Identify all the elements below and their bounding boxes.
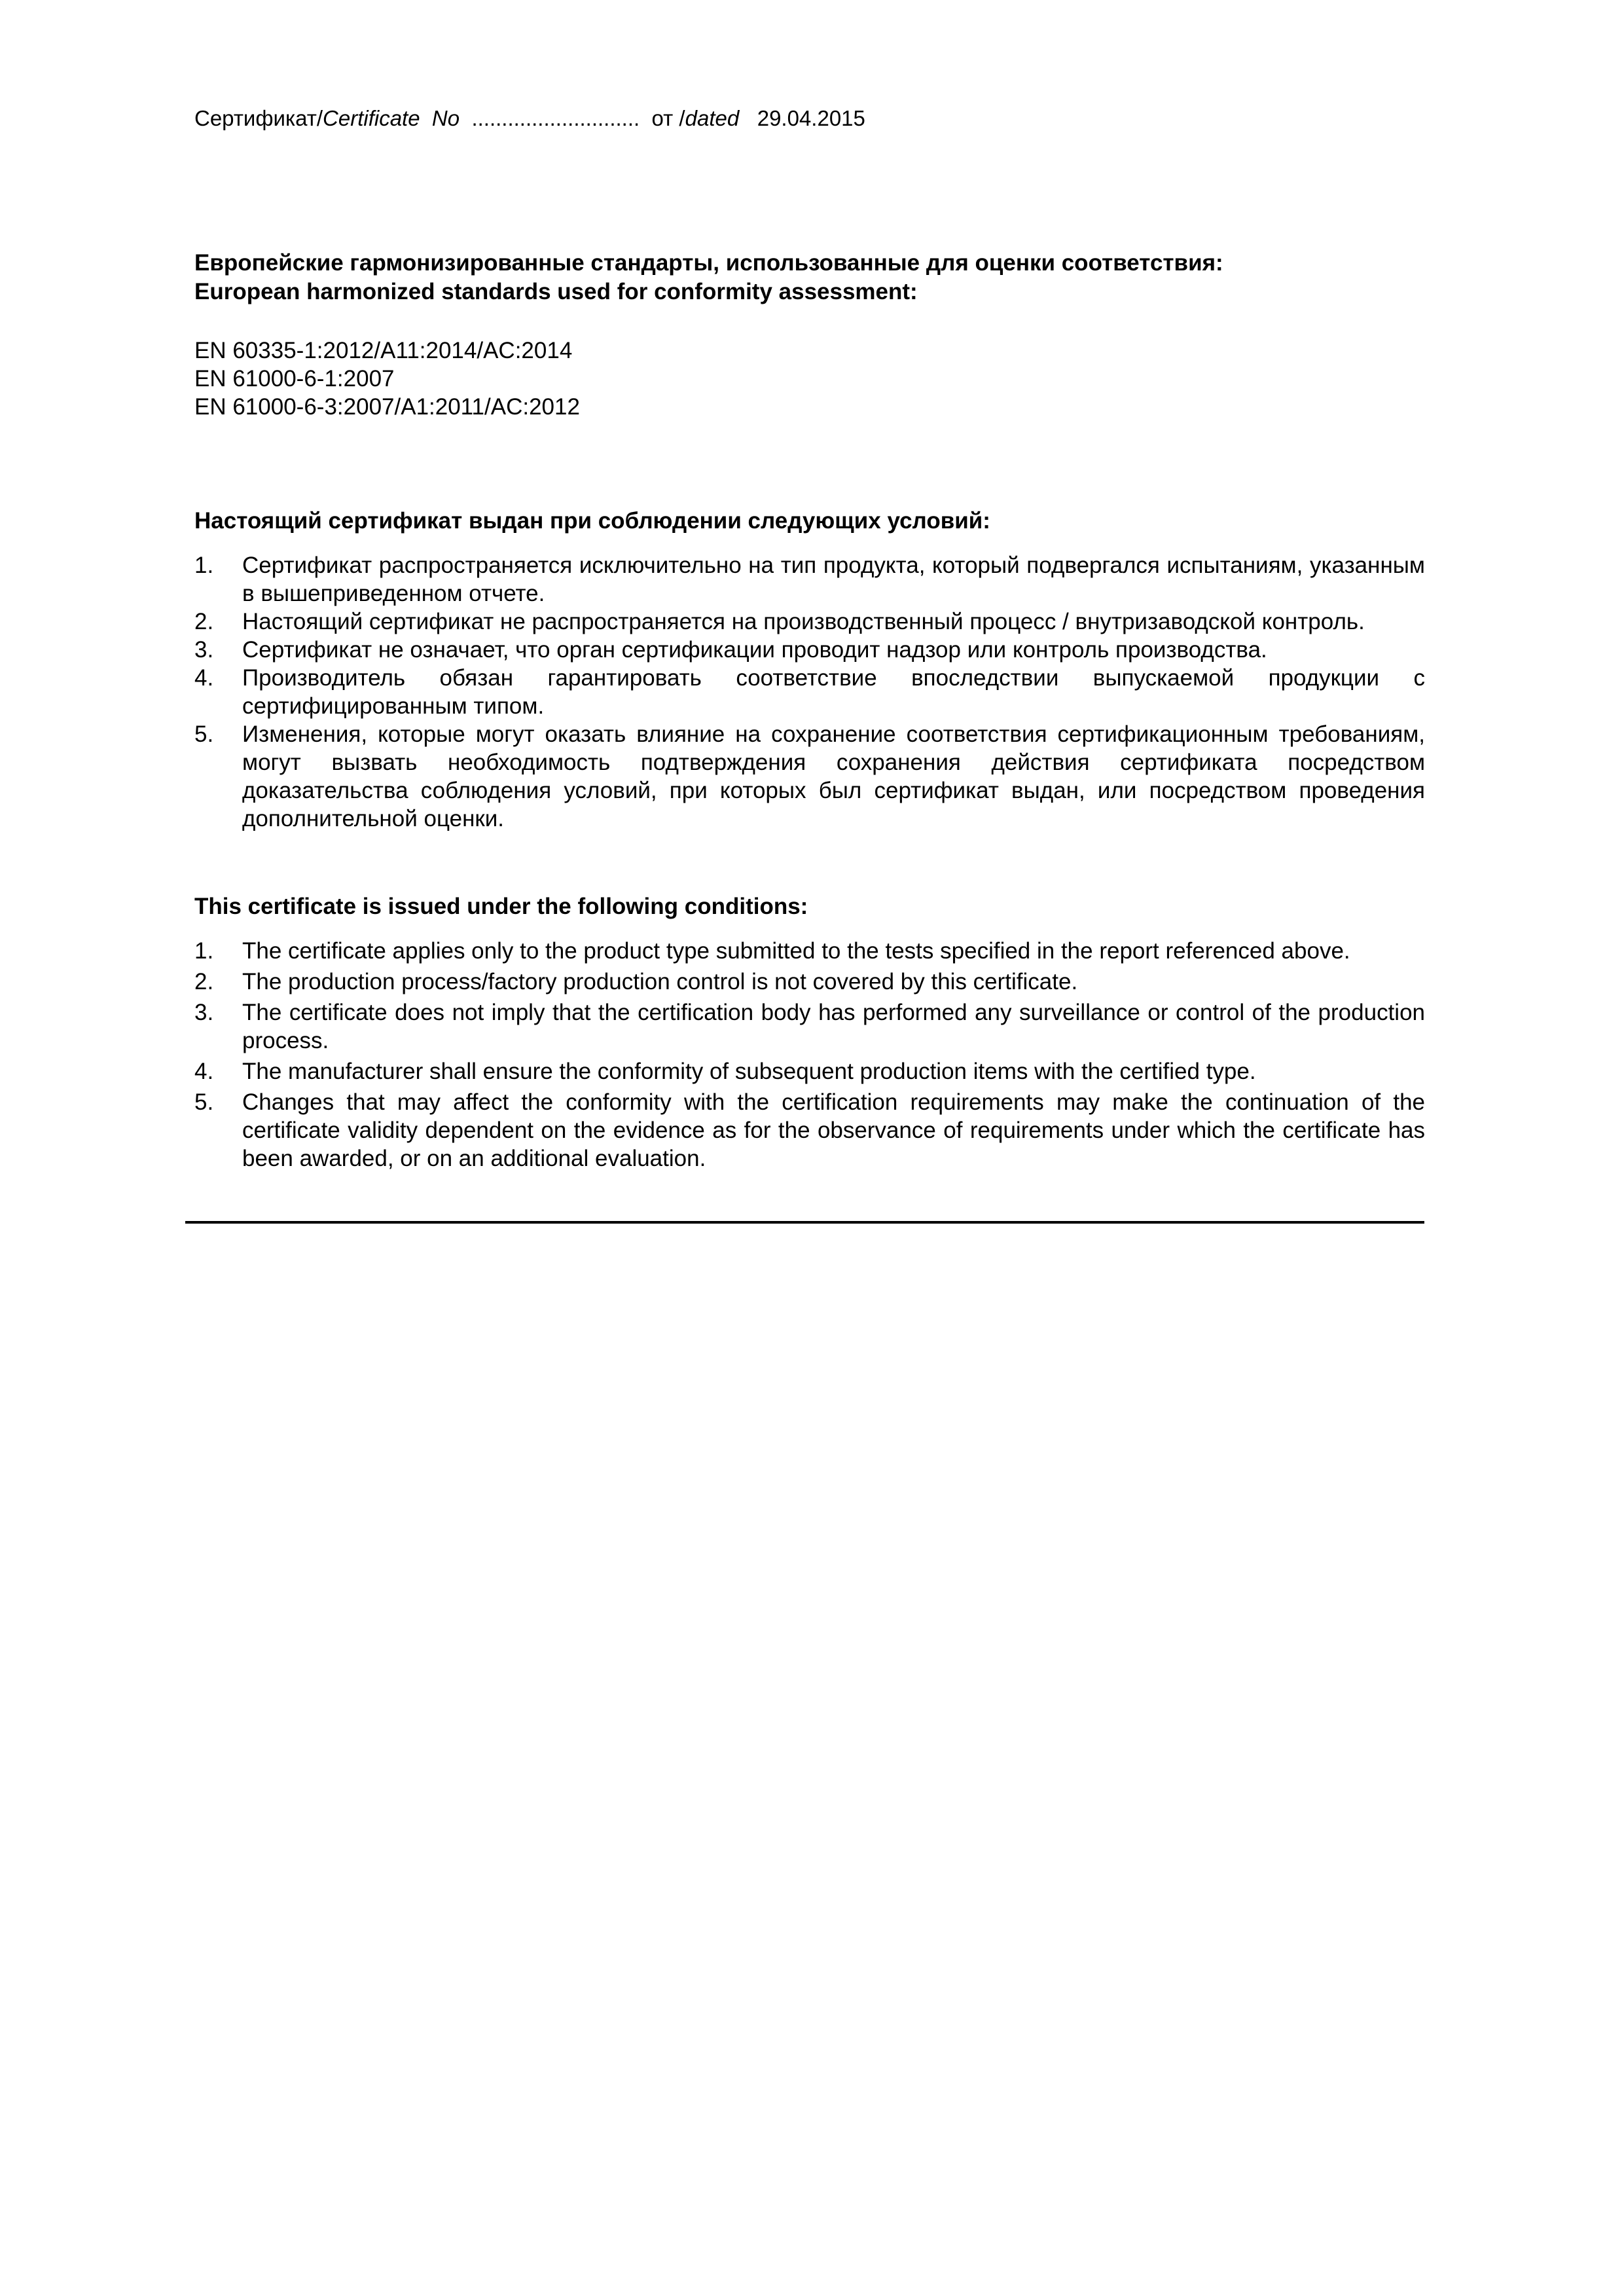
condition-ru-item: 2.Настоящий сертификат не распространяет… [194,608,1425,636]
standards-title-en: European harmonized standards used for c… [194,278,1223,306]
condition-en-item: 5.Changes that may affect the conformity… [194,1088,1425,1173]
item-text: The production process/factory productio… [242,969,1077,994]
item-text: Производитель обязан гарантировать соотв… [242,665,1425,719]
certificate-label-en: Certificate No [323,106,460,130]
standards-title-ru: Европейские гармонизированные стандарты,… [194,249,1223,278]
dated-label-ru: от / [652,106,685,130]
condition-en-item: 4.The manufacturer shall ensure the conf… [194,1057,1425,1085]
item-text: The manufacturer shall ensure the confor… [242,1059,1256,1084]
item-number: 4. [194,664,213,692]
certificate-number-placeholder: ............................ [471,106,640,130]
certificate-date: 29.04.2015 [757,106,865,130]
condition-en-item: 2.The production process/factory product… [194,968,1425,996]
horizontal-rule [185,1221,1424,1224]
item-number: 5. [194,720,213,748]
item-number: 1. [194,551,213,579]
condition-ru-item: 4.Производитель обязан гарантировать соо… [194,664,1425,720]
item-number: 3. [194,998,213,1027]
item-number: 4. [194,1057,213,1085]
standards-heading: Европейские гармонизированные стандарты,… [194,249,1223,306]
item-number: 2. [194,608,213,636]
condition-ru-item: 5.Изменения, которые могут оказать влиян… [194,720,1425,833]
certificate-label-ru: Сертификат/ [194,106,323,130]
item-number: 3. [194,636,213,664]
item-text: The certificate applies only to the prod… [242,938,1350,964]
conditions-ru-heading: Настоящий сертификат выдан при соблюдени… [194,507,990,536]
item-text: The certificate does not imply that the … [242,1000,1425,1053]
condition-en-item: 1.The certificate applies only to the pr… [194,937,1425,965]
item-number: 1. [194,937,213,965]
item-number: 5. [194,1088,213,1116]
conditions-en-heading: This certificate is issued under the fol… [194,892,808,921]
dated-label-en: dated [685,106,740,130]
condition-ru-item: 1.Сертификат распространяется исключител… [194,551,1425,608]
conditions-en-list: 1.The certificate applies only to the pr… [194,937,1425,1175]
conditions-ru-list: 1.Сертификат распространяется исключител… [194,551,1425,833]
item-number: 2. [194,968,213,996]
item-text: Changes that may affect the conformity w… [242,1089,1425,1171]
certificate-header: Сертификат/Certificate No ..............… [194,106,865,131]
standard-item: EN 60335-1:2012/A11:2014/AC:2014 [194,337,580,365]
item-text: Настоящий сертификат не распространяется… [242,609,1365,634]
condition-en-item: 3.The certificate does not imply that th… [194,998,1425,1055]
standards-list: EN 60335-1:2012/A11:2014/AC:2014 EN 6100… [194,337,580,421]
item-text: Сертификат распространяется исключительн… [242,553,1425,606]
item-text: Сертификат не означает, что орган сертиф… [242,637,1267,663]
standard-item: EN 61000-6-3:2007/A1:2011/AC:2012 [194,393,580,421]
item-text: Изменения, которые могут оказать влияние… [242,721,1425,831]
condition-ru-item: 3.Сертификат не означает, что орган серт… [194,636,1425,664]
standard-item: EN 61000-6-1:2007 [194,365,580,393]
